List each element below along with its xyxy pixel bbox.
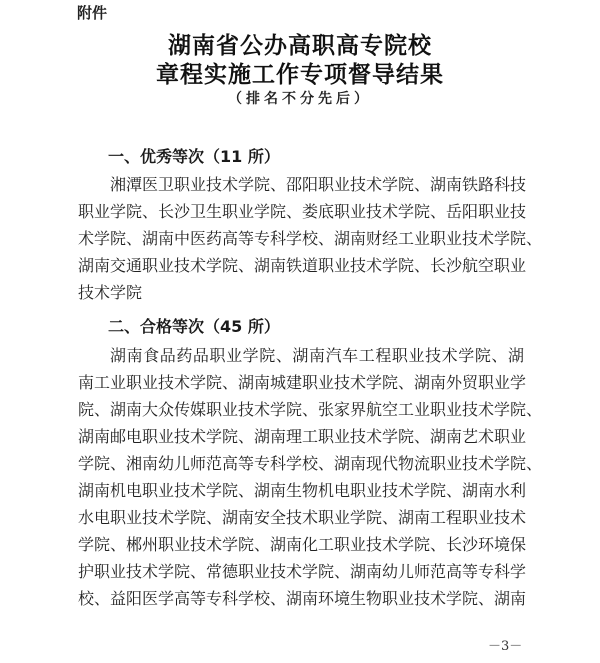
section-excellent-line: 术学院、湖南中医药高等专科学校、湖南财经工业职业技术学院、 xyxy=(78,226,524,249)
section-qualified-line: 水电职业技术学院、湖南安全技术职业学院、湖南工程职业技术 xyxy=(78,505,524,528)
document-title-line-2: 章程实施工作专项督导结果 xyxy=(0,56,600,89)
document-subtitle: （排名不分先后） xyxy=(0,88,600,108)
section-qualified-line: 学院、郴州职业技术学院、湖南化工职业技术学院、长沙环境保 xyxy=(78,532,524,555)
section-excellent-line: 湖南交通职业技术学院、湖南铁道职业技术学院、长沙航空职业 xyxy=(78,253,524,276)
section-qualified-line: 南工业职业技术学院、湖南城建职业技术学院、湖南外贸职业学 xyxy=(78,370,524,393)
section-excellent-line: 技术学院 xyxy=(78,280,524,303)
section-qualified-line: 院、湖南大众传媒职业技术学院、张家界航空工业职业技术学院、 xyxy=(78,397,524,420)
section-heading-qualified: 二、合格等次（45 所） xyxy=(108,314,280,337)
section-qualified-line: 湖南机电职业技术学院、湖南生物机电职业技术学院、湖南水利 xyxy=(78,478,524,501)
page-number: －3－ xyxy=(488,635,522,654)
section-heading-excellent: 一、优秀等次（11 所） xyxy=(108,144,280,167)
section-qualified-line: 湖南食品药品职业学院、湖南汽车工程职业技术学院、湖 xyxy=(110,343,524,366)
section-qualified-line: 学院、湘南幼儿师范高等专科学校、湖南现代物流职业技术学院、 xyxy=(78,451,524,474)
section-qualified-line: 湖南邮电职业技术学院、湖南理工职业技术学院、湖南艺术职业 xyxy=(78,424,524,447)
section-excellent-line: 职业学院、长沙卫生职业学院、娄底职业技术学院、岳阳职业技 xyxy=(78,199,524,222)
section-qualified-line: 护职业技术学院、常德职业技术学院、湖南幼儿师范高等专科学 xyxy=(78,559,524,582)
section-qualified-line: 校、益阳医学高等专科学校、湖南环境生物职业技术学院、湖南 xyxy=(78,586,524,609)
section-excellent-line: 湘潭医卫职业技术学院、邵阳职业技术学院、湖南铁路科技 xyxy=(110,172,524,195)
attachment-label: 附件 xyxy=(77,2,107,23)
